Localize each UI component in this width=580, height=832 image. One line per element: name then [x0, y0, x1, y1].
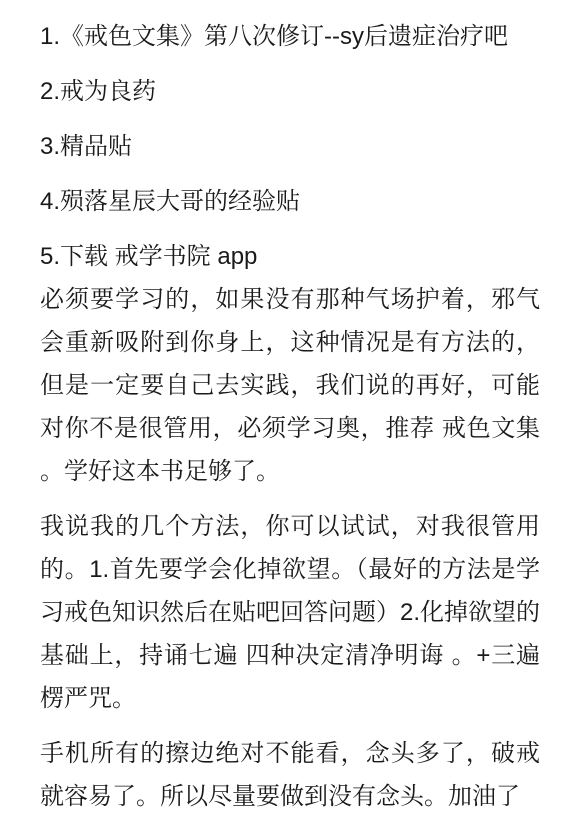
list-item-1: 1.《戒色文集》第八次修订--sy后遗症治疗吧: [40, 15, 540, 58]
list-item-3: 3.精品贴: [40, 125, 540, 168]
list-item-5: 5.下载 戒学书院 app: [40, 235, 540, 278]
list-item-4: 4.殒落星辰大哥的经验贴: [40, 180, 540, 223]
list-item-2: 2.戒为良药: [40, 70, 540, 113]
paragraph-study-advice: 必须要学习的，如果没有那种气场护着，邪气会重新吸附到你身上，这种情况是有方法的，…: [40, 278, 540, 493]
paragraph-methods: 我说我的几个方法，你可以试试，对我很管用的。1.首先要学会化掉欲望。（最好的方法…: [40, 505, 540, 720]
paragraph-phone-warning: 手机所有的擦边绝对不能看，念头多了，破戒就容易了。所以尽量要做到没有念头。加油了: [40, 732, 540, 818]
text-page: 1.《戒色文集》第八次修订--sy后遗症治疗吧 2.戒为良药 3.精品贴 4.殒…: [0, 0, 580, 832]
reading-list: 1.《戒色文集》第八次修订--sy后遗症治疗吧 2.戒为良药 3.精品贴 4.殒…: [40, 15, 540, 278]
body-text: 必须要学习的，如果没有那种气场护着，邪气会重新吸附到你身上，这种情况是有方法的，…: [40, 278, 540, 818]
